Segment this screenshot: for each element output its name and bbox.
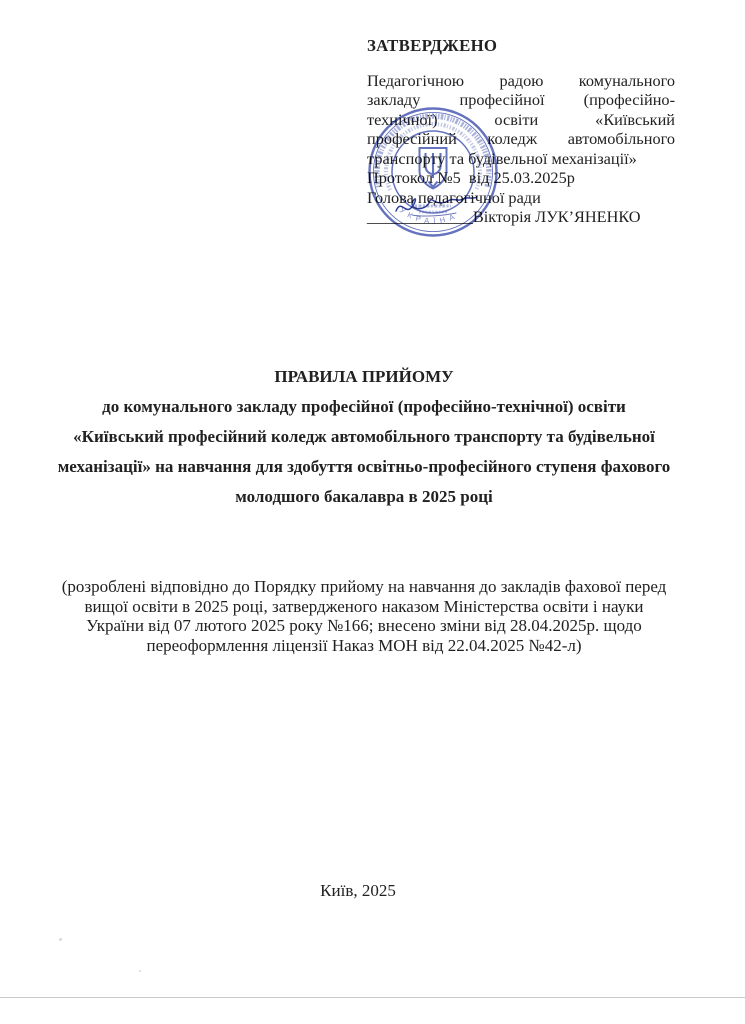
title-line-2: до комунального закладу професійної (про… xyxy=(8,392,720,422)
official-round-seal: УКРАЇНА xyxy=(363,102,503,242)
approval-line: Педагогічною радою комунального xyxy=(367,71,675,91)
document-title: ПРАВИЛА ПРИЙОМУ до комунального закладу … xyxy=(8,362,720,512)
scan-edge-line xyxy=(0,997,745,998)
title-line-3: «Київський професійний коледж автомобіль… xyxy=(8,422,720,452)
basis-line-3: України від 07 лютого 2025 року №166; вн… xyxy=(8,616,720,636)
title-line-4: механізації» на навчання для здобуття ос… xyxy=(8,452,720,482)
footer-city-year: Київ, 2025 xyxy=(8,881,708,901)
basis-line-2: вищої освіти в 2025 році, затвердженого … xyxy=(8,597,720,617)
handwritten-signature xyxy=(390,193,494,221)
basis-line-1: (розроблені відповідно до Порядку прийом… xyxy=(8,577,720,597)
approval-heading: ЗАТВЕРДЖЕНО xyxy=(367,36,675,56)
basis-line-4: переоформлення ліцензії Наказ МОН від 22… xyxy=(8,636,720,656)
scan-speck xyxy=(139,970,141,972)
title-line-5: молодшого бакалавра в 2025 році xyxy=(8,482,720,512)
legal-basis-paragraph: (розроблені відповідно до Порядку прийом… xyxy=(8,577,720,655)
trident-icon xyxy=(426,153,441,187)
title-line-1: ПРАВИЛА ПРИЙОМУ xyxy=(8,362,720,392)
scan-speck xyxy=(59,938,62,941)
document-page: ЗАТВЕРДЖЕНО Педагогічною радою комунальн… xyxy=(0,0,745,1024)
